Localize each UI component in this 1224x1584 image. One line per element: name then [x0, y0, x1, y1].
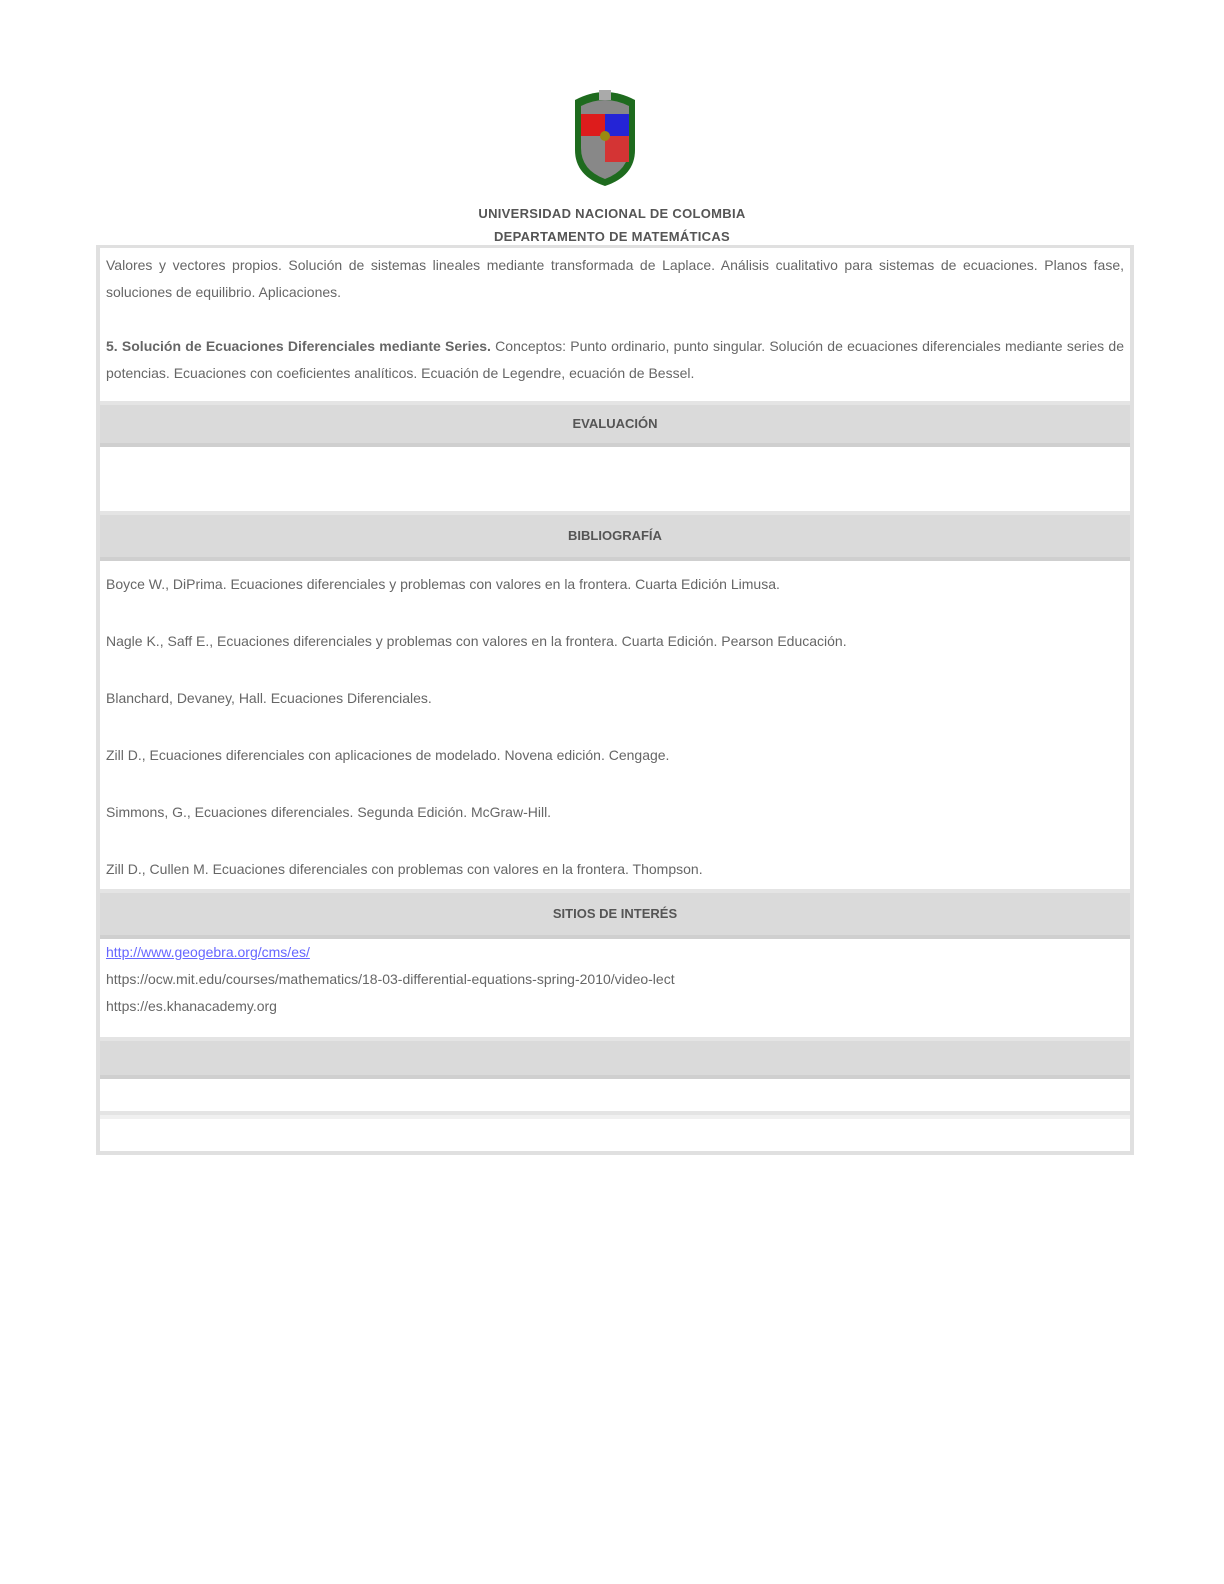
empty-cell — [100, 1079, 1130, 1111]
bibliography-item: Nagle K., Saff E., Ecuaciones diferencia… — [106, 628, 1124, 655]
sites-cell: http://www.geogebra.org/cms/es/ https://… — [100, 939, 1130, 1037]
empty-section-header — [100, 1037, 1130, 1079]
university-shield-logo — [565, 88, 645, 188]
bibliography-item: Boyce W., DiPrima. Ecuaciones diferencia… — [106, 571, 1124, 598]
syllabus-table: Valores y vectores propios. Solución de … — [96, 245, 1134, 1155]
section-header-evaluation: EVALUACIÓN — [100, 401, 1130, 447]
evaluation-cell — [100, 447, 1130, 511]
unit-title: 5. Solución de Ecuaciones Diferenciales … — [106, 338, 491, 354]
site-link-mit[interactable]: https://ocw.mit.edu/courses/mathematics/… — [106, 966, 1124, 993]
section-header-bibliography: BIBLIOGRAFÍA — [100, 511, 1130, 561]
section-header-sites: SITIOS DE INTERÉS — [100, 889, 1130, 939]
department-name: DEPARTAMENTO DE MATEMÁTICAS — [0, 229, 1224, 244]
site-link-khan[interactable]: https://es.khanacademy.org — [106, 993, 1124, 1020]
divider — [100, 1111, 1130, 1119]
evaluation-heading: EVALUACIÓN — [573, 416, 658, 431]
contents-cell: Valores y vectores propios. Solución de … — [100, 248, 1130, 401]
bibliography-item: Simmons, G., Ecuaciones diferenciales. S… — [106, 799, 1124, 826]
site-link-geogebra[interactable]: http://www.geogebra.org/cms/es/ — [106, 944, 310, 960]
contents-paragraph-series: 5. Solución de Ecuaciones Diferenciales … — [106, 333, 1124, 387]
sites-heading: SITIOS DE INTERÉS — [553, 906, 677, 921]
contents-paragraph: Valores y vectores propios. Solución de … — [106, 252, 1124, 306]
bibliography-item: Zill D., Cullen M. Ecuaciones diferencia… — [106, 856, 1124, 883]
empty-cell-last — [100, 1119, 1130, 1151]
bibliography-item: Zill D., Ecuaciones diferenciales con ap… — [106, 742, 1124, 769]
bibliography-cell: Boyce W., DiPrima. Ecuaciones diferencia… — [100, 561, 1130, 883]
bibliography-heading: BIBLIOGRAFÍA — [568, 528, 662, 543]
bibliography-item: Blanchard, Devaney, Hall. Ecuaciones Dif… — [106, 685, 1124, 712]
institution-name: UNIVERSIDAD NACIONAL DE COLOMBIA — [0, 206, 1224, 221]
